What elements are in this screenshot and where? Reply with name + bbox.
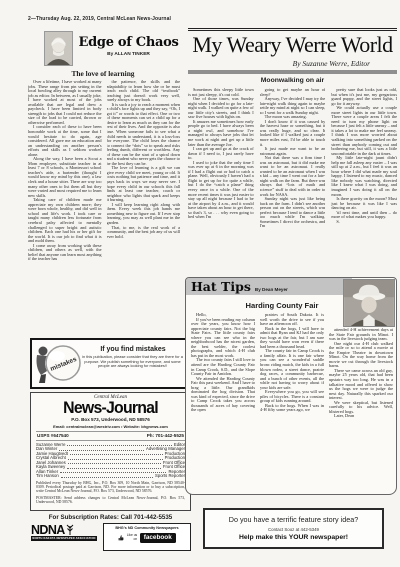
feature-ad-question: Do you have a terrific feature story ide… <box>205 515 382 524</box>
mistakes-ad-body: in this publication, please consider tha… <box>82 355 183 369</box>
magnifier-cartoon-icon: mistakes <box>33 341 85 386</box>
weary-article-headline: Moonwalking on air <box>188 77 397 84</box>
masthead-staff-list: Suzanne WerreEditorDan WinterAdvertising… <box>36 443 185 479</box>
hat-tips-col3: attended 4-H achievement days at the Sta… <box>329 313 393 489</box>
facebook-like-label: Like us on <box>127 534 137 541</box>
weary-column-byline: By Suzanne Werre, Editor <box>188 59 370 68</box>
weary-gray-rule <box>188 70 397 74</box>
ndna-subtitle: NORTH DAKOTA NEWSPAPER ASSOCIATION <box>31 536 97 541</box>
hat-tips-col3-text: attended 4-H achievement days at the Sta… <box>329 313 393 419</box>
photo-wrap-spacer <box>347 313 393 328</box>
thumbs-up-icon <box>118 535 124 541</box>
weary-article-col3: pretty sure that looks just as odd, but … <box>331 88 397 268</box>
page-folio: 2—Thursday Aug. 22, 2019, Central McLean… <box>28 16 171 22</box>
subscription-rates-line: For Subscription Rates: Call 701-442-553… <box>30 514 191 521</box>
weary-double-rule <box>188 28 397 31</box>
mistakes-ad: mistakes If you find mistakes in this pu… <box>30 338 190 389</box>
masthead-phone: Ph: 701-442-5525 <box>147 433 184 438</box>
masthead-box: Central McLean News-Journal P.O. Box 573… <box>30 392 191 511</box>
edge-of-chaos-title: Edge of Chaos <box>77 35 180 50</box>
wheat-icon <box>66 524 74 535</box>
weary-article-body: Sometimes this sleepy little town is not… <box>188 88 397 268</box>
edge-of-chaos-header: Edge of Chaos By ALLAN TINKER <box>44 31 180 66</box>
hat-tips-headline: Harding County Fair <box>186 301 378 310</box>
masthead-usps-phone-row: USPS #647540 Ph: 701-442-5525 <box>36 431 185 441</box>
masthead-address: P.O. Box 573, Underwood, ND 58576 <box>36 417 185 422</box>
facebook-promo-box: BHG's ND Community Newspapers Like us on… <box>103 523 191 551</box>
edge-article-col1: Over a lifetime, I have worked at many j… <box>28 80 102 334</box>
feature-ad-slogan: Help make this YOUR newspaper! <box>205 534 382 541</box>
ndna-wordmark: NDNA <box>31 524 65 536</box>
edge-article-body: Over a lifetime, I have worked at many j… <box>28 80 180 334</box>
mistakes-ad-title: If you find mistakes <box>82 346 184 353</box>
hat-tips-body: Hello,If you've been reading my column o… <box>191 313 393 489</box>
hat-tips-banner: Hat Tips By Dean Meyer <box>186 278 352 295</box>
hat-tips-byline: By Dean Meyer <box>255 287 288 292</box>
edge-article-col2: the patience, the skills and the adaptab… <box>107 80 181 334</box>
feature-story-ad: Do you have a terrific feature story ide… <box>203 508 384 549</box>
weary-column-title: My Weary Werre World <box>188 33 397 57</box>
hat-tips-col1: Hello,If you've been reading my column o… <box>191 313 255 489</box>
hat-tips-title: Hat Tips <box>191 279 251 294</box>
facebook-promo-title: BHG's ND Community Newspapers <box>104 526 190 530</box>
hat-tips-col2: prairies of South Dakota. It is well wor… <box>260 313 324 489</box>
newspaper-page: 2—Thursday Aug. 22, 2019, Central McLean… <box>0 0 400 567</box>
edge-of-chaos-titles: Edge of Chaos By ALLAN TINKER <box>77 31 180 66</box>
edge-of-chaos-byline: By ALLAN TINKER <box>77 52 180 57</box>
masthead-contact: Email: centralmclean@westriv.com • Websi… <box>36 424 185 429</box>
masthead-usps: USPS #647540 <box>37 433 69 438</box>
feature-ad-contact: Contact Sooz at 442-5349 <box>205 527 382 532</box>
masthead-name: News-Journal <box>39 400 182 416</box>
allan-tinker-photo <box>44 31 73 66</box>
weary-article-col2: going to get maybe an hour of sleep?Anyw… <box>260 88 326 268</box>
hat-tips-section: Hat Tips By Dean Meyer Harding County Fa… <box>185 277 397 495</box>
edge-article-headline: The love of learning <box>28 69 178 78</box>
weary-article-col1: Sometimes this sleepy little town is not… <box>188 88 254 268</box>
masthead-publisher-info: Published every Thursday by BHG, Inc., P… <box>36 481 185 494</box>
staff-row: Tim HansonSports Reporter <box>36 474 185 479</box>
facebook-logo: facebook <box>140 533 176 543</box>
ndna-logo: NDNA NORTH DAKOTA NEWSPAPER ASSOCIATION <box>31 524 97 541</box>
masthead-postmaster: POSTMASTER: Send address changes to Cent… <box>36 496 185 505</box>
